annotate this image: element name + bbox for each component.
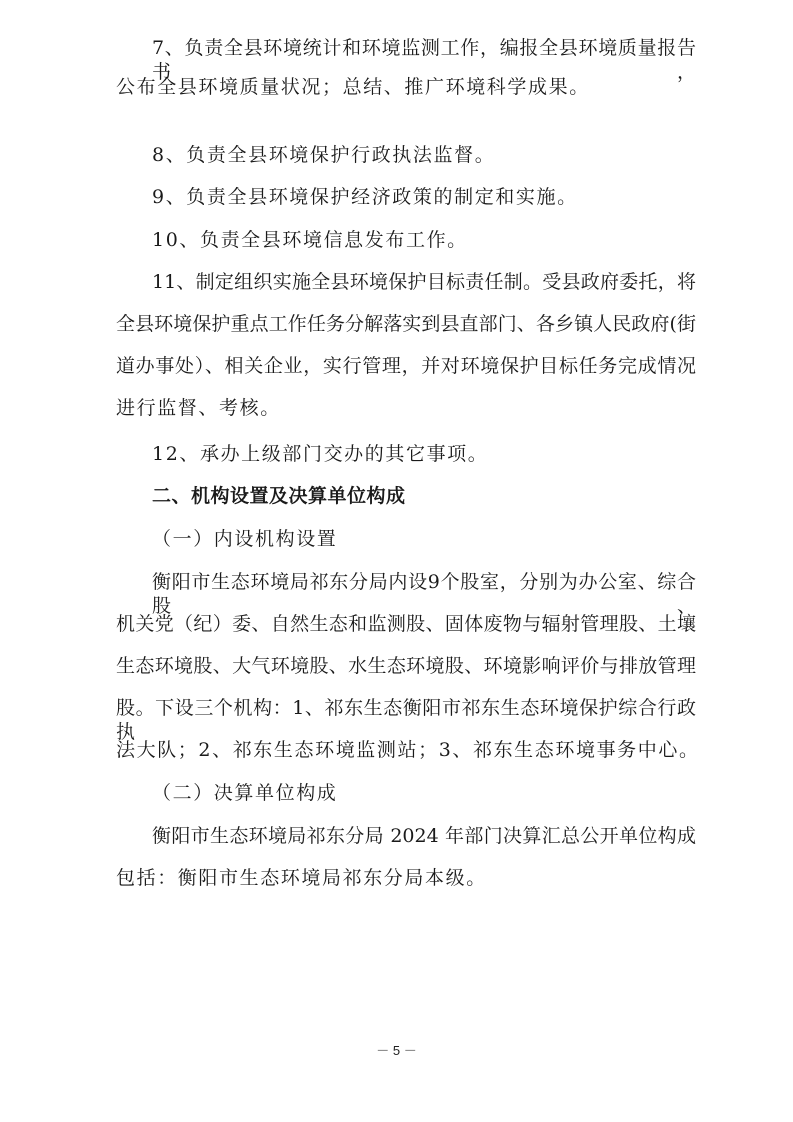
paragraph-line-item8: 8、负责全县环境保护行政执法监督。 [152,143,696,167]
paragraph-line-item7-b: 公布全县环境质量状况；总结、推广环境科学成果。 [116,75,696,99]
paragraph-line-budget-a: 衡阳市生态环境局祁东分局 2024 年部门决算汇总公开单位构成 [152,824,696,848]
paragraph-line-structure-b: 机关党（纪）委、自然生态和监测股、固体废物与辐射管理股、土壤 [116,612,696,636]
document-page: 7、负责全县环境统计和环境监测工作，编报全县环境质量报告书， 公布全县环境质量状… [0,0,793,1122]
paragraph-line-item11-c: 道办事处）、相关企业，实行管理，并对环境保护目标任务完成情况 [116,354,696,378]
paragraph-line-budget-b: 包括：衡阳市生态环境局祁东分局本级。 [116,866,696,890]
paragraph-line-structure-d: 股。下设三个机构：1、祁东生态衡阳市祁东生态环境保护综合行政执 [116,696,696,744]
paragraph-line-item11-a: 11、制定组织实施全县环境保护目标责任制。受县政府委托，将 [152,270,696,294]
paragraph-line-item9: 9、负责全县环境保护经济政策的制定和实施。 [152,185,696,209]
paragraph-line-item12: 12、承办上级部门交办的其它事项。 [152,442,696,466]
paragraph-line-item10: 10、负责全县环境信息发布工作。 [152,228,696,252]
page-number: － 5 － [0,1040,793,1059]
paragraph-line-item11-b: 全县环境保护重点工作任务分解落实到县直部门、各乡镇人民政府(街 [116,312,696,336]
paragraph-line-structure-e: 法大队；2、祁东生态环境监测站；3、祁东生态环境事务中心。 [116,738,696,762]
paragraph-line-structure-a: 衡阳市生态环境局祁东分局内设9个股室，分别为办公室、综合股、 [152,570,696,618]
section-heading-2: 二、机构设置及决算单位构成 [152,484,696,508]
paragraph-line-item11-d: 进行监督、考核。 [116,396,696,420]
paragraph-line-structure-c: 生态环境股、大气环境股、水生态环境股、环境影响评价与排放管理 [116,654,696,678]
subsection-heading-budget-units: （二）决算单位构成 [152,781,696,805]
subsection-heading-internal-structure: （一）内设机构设置 [152,527,696,551]
